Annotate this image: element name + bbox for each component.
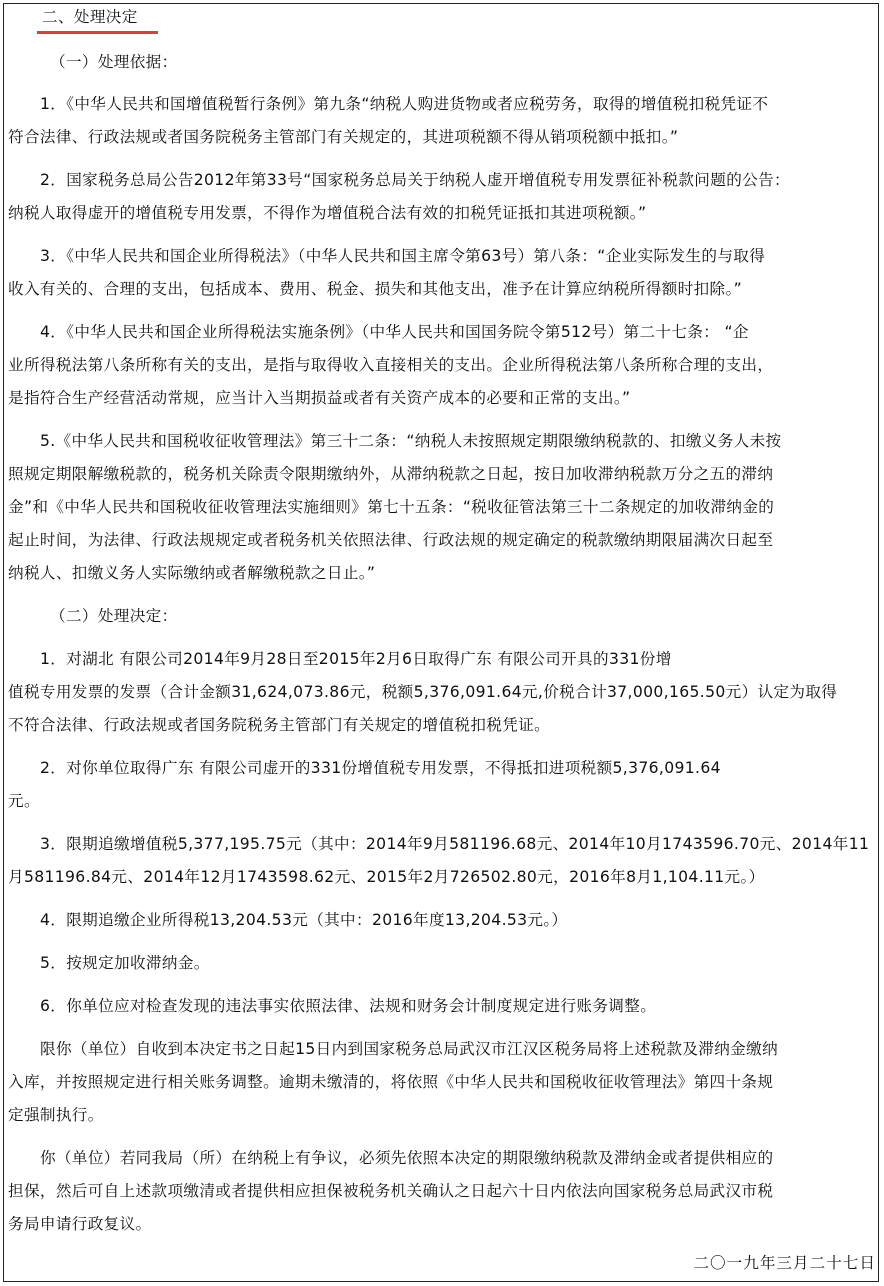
basis-item-line: 纳税人取得虚开的增值税专用发票，不得作为增值税合法有效的扣税凭证抵扣其进项税额。… bbox=[8, 202, 646, 224]
decision-item-line: 不符合法律、行政法规或者国务院税务主管部门有关规定的增值税扣税凭证。 bbox=[8, 714, 550, 736]
basis-item-line: 3．《中华人民共和国企业所得税法》（中华人民共和国主席令第63号）第八条：“企业… bbox=[40, 245, 765, 267]
payment-notice-line: 入库，并按照规定进行相关账务调整。逾期未缴清的，将依照《中华人民共和国税收征收管… bbox=[8, 1071, 773, 1093]
basis-item-line: 照规定期限解缴税款的，税务机关除责令限期缴纳外，从滞纳税款之日起，按日加收滞纳税… bbox=[8, 463, 773, 485]
payment-notice-line: 定强制执行。 bbox=[8, 1104, 104, 1126]
decision-title: （二）处理决定： bbox=[50, 605, 178, 627]
decision-item-line: 6．你单位应对检查发现的违法事实依照法律、法规和财务会计制度规定进行账务调整。 bbox=[40, 995, 656, 1017]
basis-item-line: 1．《中华人民共和国增值税暂行条例》第九条“纳税人购进货物或者应税劳务，取得的增… bbox=[40, 93, 768, 115]
basis-item-line: 金”和《中华人民共和国税收征收管理法实施细则》第七十五条：“税收征管法第三十二条… bbox=[8, 496, 774, 518]
payment-notice-line: 限你（单位）自收到本决定书之日起15日内到国家税务总局武汉市江汉区税务局将上述税… bbox=[40, 1038, 778, 1060]
decision-item-line: 2．对你单位取得广东 有限公司虚开的331份增值税专用发票，不得抵扣进项税额5,… bbox=[40, 757, 721, 779]
decision-item-line: 3．限期追缴增值税5,377,195.75元（其中：2014年9月581196.… bbox=[40, 833, 869, 855]
basis-item-line: 收入有关的、合理的支出，包括成本、费用、税金、损失和其他支出，准予在计算应纳税所… bbox=[8, 278, 742, 300]
basis-item-line: 业所得税法第八条所称有关的支出，是指与取得收入直接相关的支出。企业所得税法第八条… bbox=[8, 354, 773, 376]
appeal-notice-line: 务局申请行政复议。 bbox=[8, 1213, 152, 1235]
section-heading: 二、处理决定 bbox=[42, 6, 138, 28]
decision-item-line: 值税专用发票的发票（合计金额31,624,073.86元，税额5,376,091… bbox=[8, 681, 837, 703]
basis-item-line: 2．国家税务总局公告2012年第33号“国家税务总局关于纳税人虚开增值税专用发票… bbox=[40, 169, 790, 191]
basis-item-line: 纳税人、扣缴义务人实际缴纳或者解缴税款之日止。” bbox=[8, 562, 375, 584]
basis-item-line: 起止时间，为法律、行政法规规定或者税务机关依照法律、行政法规的规定确定的税款缴纳… bbox=[8, 529, 773, 551]
basis-item-line: 是指符合生产经营活动常规，应当计入当期损益或者有关资产成本的必要和正常的支出。” bbox=[8, 387, 630, 409]
decision-item-line: 月581196.84元、2014年12月1743598.62元、2015年2月7… bbox=[8, 866, 765, 888]
decision-item-line: 元。 bbox=[8, 790, 40, 812]
basis-title: （一）处理依据： bbox=[50, 51, 178, 73]
basis-item-line: 4．《中华人民共和国企业所得税法实施条例》（中华人民共和国国务院令第512号）第… bbox=[40, 321, 749, 343]
appeal-notice-line: 你（单位）若同我局（所）在纳税上有争议，必须先依照本决定的期限缴纳税款及滞纳金或… bbox=[40, 1147, 773, 1169]
decision-item-line: 4．限期追缴企业所得税13,204.53元（其中：2016年度13,204.53… bbox=[40, 909, 567, 931]
document-date: 二〇一九年三月二十七日 bbox=[693, 1252, 876, 1274]
appeal-notice-line: 担保，然后可自上述款项缴清或者提供相应担保被税务机关确认之日起六十日内依法向国家… bbox=[8, 1180, 773, 1202]
basis-item-line: 5.《中华人民共和国税收征收管理法》第三十二条：“纳税人未按照规定期限缴纳税款的… bbox=[40, 430, 781, 452]
decision-item-line: 5．按规定加收滞纳金。 bbox=[40, 952, 210, 974]
decision-item-line: 1．对湖北 有限公司2014年9月28日至2015年2月6日取得广东 有限公司开… bbox=[40, 648, 672, 670]
basis-item-line: 符合法律、行政法规或者国务院税务主管部门有关规定的，其进项税额不得从销项税额中抵… bbox=[8, 126, 678, 148]
heading-underline bbox=[37, 31, 158, 34]
